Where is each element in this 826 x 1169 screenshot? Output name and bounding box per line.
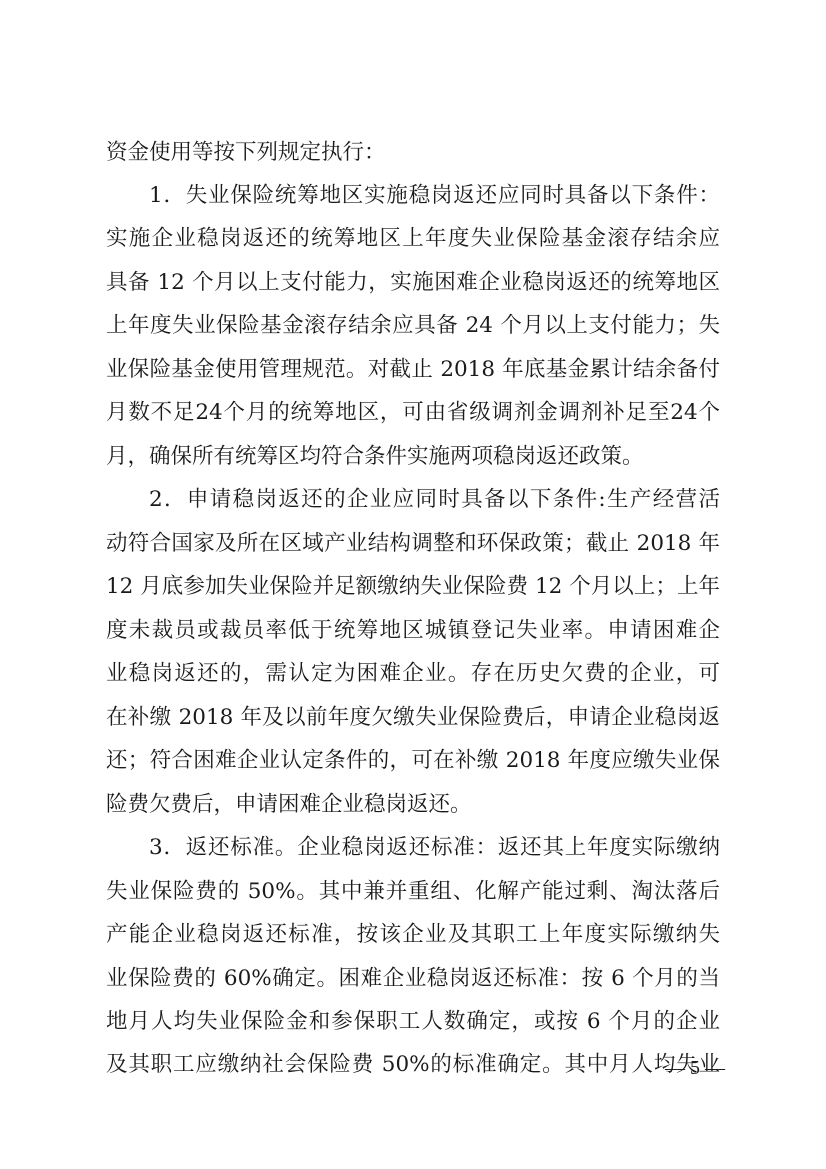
text-line: 实施企业稳岗返还的统筹地区上年度失业保险基金滚存结余应 [106, 217, 720, 260]
text-line: 失业保险费的 50%。其中兼并重组、化解产能过剩、淘汰落后 [106, 870, 720, 913]
page-number: — 5 — [660, 1055, 730, 1081]
text-line: 业稳岗返还的，需认定为困难企业。存在历史欠费的企业，可 [106, 652, 720, 695]
text-line: 业保险费的 60%确定。困难企业稳岗返还标准：按 6 个月的当 [106, 957, 720, 1000]
text-line: 月数不足24个月的统筹地区，可由省级调剂金调剂补足至24个 [106, 391, 720, 434]
section-3-heading-line: 3．返还标准。企业稳岗返还标准：返还其上年度实际缴纳 [149, 826, 720, 869]
document-page: 资金使用等按下列规定执行： 1．失业保险统筹地区实施稳岗返还应同时具备以下条件：… [0, 0, 826, 1169]
text-line: 在补缴 2018 年及以前年度欠缴失业保险费后，申请企业稳岗返 [106, 696, 720, 739]
text-line: 12 月底参加失业保险并足额缴纳失业保险费 12 个月以上；上年 [106, 565, 720, 608]
text-line: 动符合国家及所在区域产业结构调整和环保政策；截止 2018 年 [106, 522, 720, 565]
text-line: 地月人均失业保险金和参保职工人数确定，或按 6 个月的企业 [106, 1000, 720, 1043]
section-2-heading-line: 2．申请稳岗返还的企业应同时具备以下条件:生产经营活 [149, 478, 720, 521]
section-1-heading-line: 1．失业保险统筹地区实施稳岗返还应同时具备以下条件： [149, 174, 720, 217]
text-line: 业保险基金使用管理规范。对截止 2018 年底基金累计结余备付 [106, 348, 720, 391]
text-line: 上年度失业保险基金滚存结余应具备 24 个月以上支付能力；失 [106, 304, 720, 347]
text-line: 还；符合困难企业认定条件的，可在补缴 2018 年度应缴失业保 [106, 739, 720, 782]
text-line: 度未裁员或裁员率低于统筹地区城镇登记失业率。申请困难企 [106, 609, 720, 652]
text-line: 险费欠费后，申请困难企业稳岗返还。 [106, 783, 720, 826]
text-line: 具备 12 个月以上支付能力，实施困难企业稳岗返还的统筹地区 [106, 261, 720, 304]
text-line: 资金使用等按下列规定执行： [106, 131, 720, 174]
text-line: 及其职工应缴纳社会保险费 50%的标准确定。其中月人均失业 [106, 1043, 720, 1086]
text-line: 产能企业稳岗返还标准，按该企业及其职工上年度实际缴纳失 [106, 913, 720, 956]
text-line: 月，确保所有统筹区均符合条件实施两项稳岗返还政策。 [106, 435, 720, 478]
